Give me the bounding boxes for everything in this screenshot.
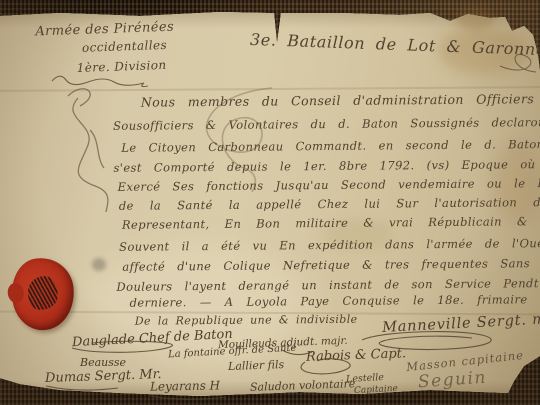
unit-line-occidentales: occidentalles: [82, 38, 175, 55]
body-line: De la Republique une & indivisible: [135, 313, 358, 328]
signature-beausse: Beausse: [80, 356, 126, 369]
photographed-document: Armée des Pirénées occidentalles 1ère. D…: [0, 0, 540, 405]
signature-lestelle-rank: Capitaine: [354, 384, 398, 396]
wax-seal-stamp-impression: [26, 275, 59, 312]
signature-lestelle: Lestelle: [346, 372, 384, 385]
signature-leyarans: Leyarans H: [150, 378, 220, 393]
signature-lallier: Lallier fils: [228, 358, 285, 373]
unit-designation: Armée des Pirénées occidentalles 1ère. D…: [35, 20, 175, 77]
body-text: Nous membres du Conseil d'administration…: [112, 0, 540, 2]
